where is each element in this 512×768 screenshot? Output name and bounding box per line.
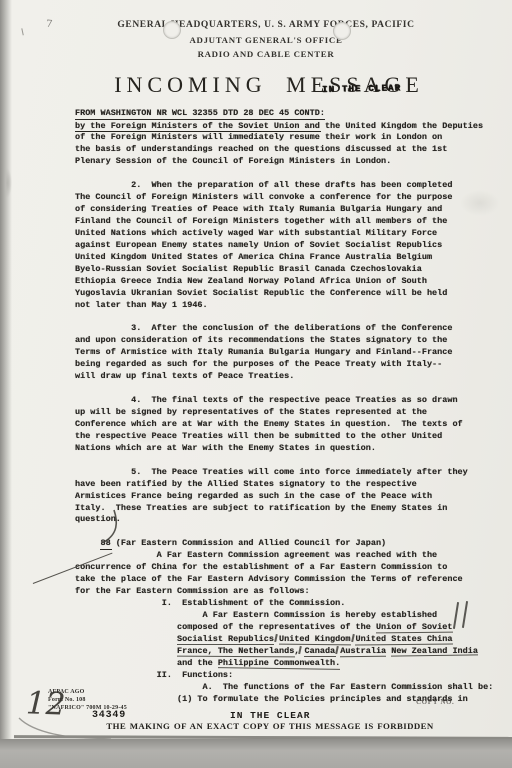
in-the-clear-stamp-top: IN THE CLEAR [322,83,401,95]
pencil-underline [279,643,351,645]
pencil-hook-mark [98,508,132,550]
text-line: not later than May 1 1946. [75,300,493,312]
scanned-document: GENERAL HEADQUARTERS, U. S. ARMY FORCES,… [0,0,512,768]
pencil-underline [340,655,386,657]
text-line: will draw up final texts of Peace Treati… [75,371,493,383]
text-line: Byelo-Russian Soviet Socialist Republic … [75,264,493,276]
serial-number-stamp: 34349 [92,710,126,721]
message-from-line: FROM WASHINGTON NR WCL 32355 DTD 28 DEC … [75,108,325,120]
text-line: question. [75,514,493,526]
message-body: by the Foreign Ministers of the Soviet U… [75,121,493,706]
text-line: A Far Eastern Commission agreement was r… [75,550,493,562]
punch-hole [333,22,351,40]
text-line: concurrence of China for the establishme… [75,562,493,574]
text-line: Italy. These Treaties are subject to rat… [75,503,493,515]
text-line: of considering Treaties of Peace with It… [75,204,493,216]
paper-smudge [460,190,500,216]
pencil-underline [177,644,274,645]
text-line: Terms of Armistice with Italy Rumania Bu… [75,347,493,359]
forbidden-notice: THE MAKING OF AN EXACT COPY OF THIS MESS… [0,721,512,731]
text-line [75,383,493,395]
text-line: Armistices France being regarded as such… [75,491,493,503]
text-line [75,312,493,324]
page-title: INCOMING MESSAGE [0,72,512,98]
pencil-underline [177,655,295,657]
text-line [75,455,493,467]
text-line: take the place of the Far Eastern Adviso… [75,574,493,586]
letterhead: GENERAL HEADQUARTERS, U. S. ARMY FORCES,… [0,20,512,59]
text-line: have been ratified by the Allied States … [75,479,493,491]
text-line: A Far Eastern Commission is hereby estab… [75,610,493,622]
text-line: Nations which are at War with the Enemy … [75,443,493,455]
punch-hole [163,21,181,39]
text-line: the basis of understandings reached on t… [75,144,493,156]
text-line: United Kingdom United States of America … [75,252,493,264]
text-line: up will be signed by representatives of … [75,407,493,419]
letterhead-line3: RADIO AND CABLE CENTER [20,49,512,59]
pencil-smudge: 7 [45,19,52,31]
text-line: for the Far Eastern Commission are as fo… [75,586,493,598]
text-line: 4. The final texts of the respective pea… [75,395,493,407]
copy-no-label: COPY NO. [416,698,454,706]
letterhead-line2: ADJUTANT GENERAL'S OFFICE [20,35,512,45]
text-line: being regarded as such for the purposes … [75,359,493,371]
text-line: I. Establishment of the Commission. [75,598,493,610]
text-line [75,168,493,180]
text-line: II. Functions: [75,670,493,682]
paper-smudge [120,425,180,445]
text-line: Yugoslavia Ukranian Soviet Socialist Rep… [75,288,493,300]
scan-background [0,739,512,768]
in-the-clear-stamp-bottom: IN THE CLEAR [230,710,310,721]
text-line: United Nations which actively waged War … [75,228,493,240]
text-line: Plenary Session of the Council of Foreig… [75,156,493,168]
letterhead-line1: GENERAL HEADQUARTERS, U. S. ARMY FORCES,… [20,20,512,30]
text-line: Ethiopia Greece India New Zealand Norway… [75,276,493,288]
handwritten-page-number: 12 [25,685,66,722]
text-line: Finland the Council of Foreign Ministers… [75,216,493,228]
text-line: A. The functions of the Far Eastern Comm… [75,682,493,694]
text-line: of the Foreign Ministers will immediatel… [75,132,493,144]
text-line [75,526,493,538]
paper-sheet: GENERAL HEADQUARTERS, U. S. ARMY FORCES,… [0,0,512,739]
text-line: against European Enemy states namely Uni… [75,240,493,252]
text-line: 5. The Peace Treaties will come into for… [75,467,493,479]
scan-left-edge [0,0,12,739]
text-line: and upon consideration of its recommenda… [75,335,493,347]
text-line: The Council of Foreign Ministers will co… [75,192,493,204]
text-line: 88 (Far Eastern Commission and Allied Co… [75,538,493,550]
pencil-underline [376,631,453,633]
text-line: 2. When the preparation of all these dra… [75,180,493,192]
pencil-underline [304,656,336,657]
underline [75,131,321,132]
text-line: 3. After the conclusion of the deliberat… [75,323,493,335]
